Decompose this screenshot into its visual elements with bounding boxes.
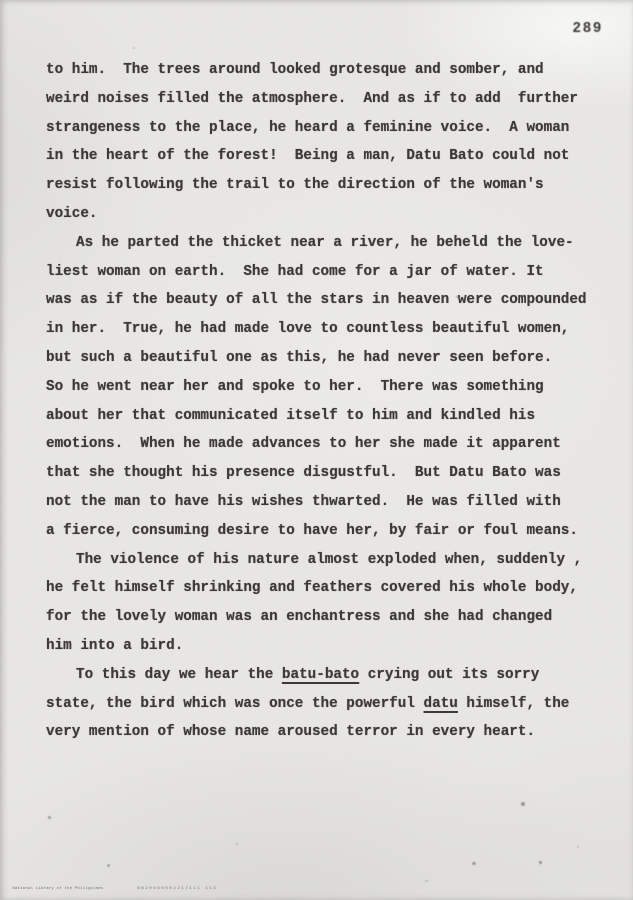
- text-line: very mention of whose name aroused terro…: [46, 718, 621, 747]
- page-number: 289: [572, 21, 603, 37]
- scan-speck: [521, 802, 525, 806]
- text-line: that she thought his presence disgustful…: [46, 459, 621, 488]
- scan-speck: [577, 846, 579, 848]
- text-line: resist following the trail to the direct…: [46, 171, 621, 200]
- text-line: in the heart of the forest! Being a man,…: [46, 142, 621, 171]
- text-line: was as if the beauty of all the stars in…: [46, 286, 621, 315]
- scan-speck: [236, 843, 238, 845]
- underlined-term: datu: [424, 696, 458, 712]
- scan-speck: [48, 816, 51, 819]
- text-line: To this day we hear the batu-bato crying…: [46, 661, 621, 690]
- text-line: emotions. When he made advances to her s…: [46, 430, 621, 459]
- scan-speck: [425, 880, 428, 882]
- text-line: in her. True, he had made love to countl…: [46, 315, 621, 344]
- scan-speck: [472, 862, 476, 865]
- text-block: to him. The trees around looked grotesqu…: [46, 56, 621, 747]
- scan-speck: [539, 861, 542, 864]
- text-line: liest woman on earth. She had come for a…: [46, 258, 621, 287]
- text-line: not the man to have his wishes thwarted.…: [46, 488, 621, 517]
- scan-control-code: BW2009000221711C 113: [137, 887, 217, 891]
- library-name: National Library of the Philippines: [12, 887, 103, 891]
- text-line: a fierce, consuming desire to have her, …: [46, 517, 621, 546]
- text-line: As he parted the thicket near a river, h…: [46, 229, 621, 258]
- text-line: but such a beautiful one as this, he had…: [46, 344, 621, 373]
- text-line: about her that communicated itself to hi…: [46, 402, 621, 431]
- text-line: The violence of his nature almost explod…: [46, 546, 621, 575]
- text-line: for the lovely woman was an enchantress …: [46, 603, 621, 632]
- text-line: voice.: [46, 200, 621, 229]
- text-line: weird noises filled the atmosphere. And …: [46, 85, 621, 114]
- library-microprint: National Library of the PhilippinesBW200…: [2, 882, 217, 897]
- text-line: state, the bird which was once the power…: [46, 690, 621, 719]
- scan-speck: [107, 864, 110, 867]
- text-line: him into a bird.: [46, 632, 621, 661]
- text-line: to him. The trees around looked grotesqu…: [46, 56, 621, 85]
- text-line: strangeness to the place, he heard a fem…: [46, 114, 621, 143]
- underlined-term: batu-bato: [282, 667, 359, 683]
- scanned-page: 289 to him. The trees around looked grot…: [0, 0, 633, 900]
- text-line: he felt himself shrinking and feathers c…: [46, 574, 621, 603]
- text-line: So he went near her and spoke to her. Th…: [46, 373, 621, 402]
- scan-speck: [133, 47, 135, 49]
